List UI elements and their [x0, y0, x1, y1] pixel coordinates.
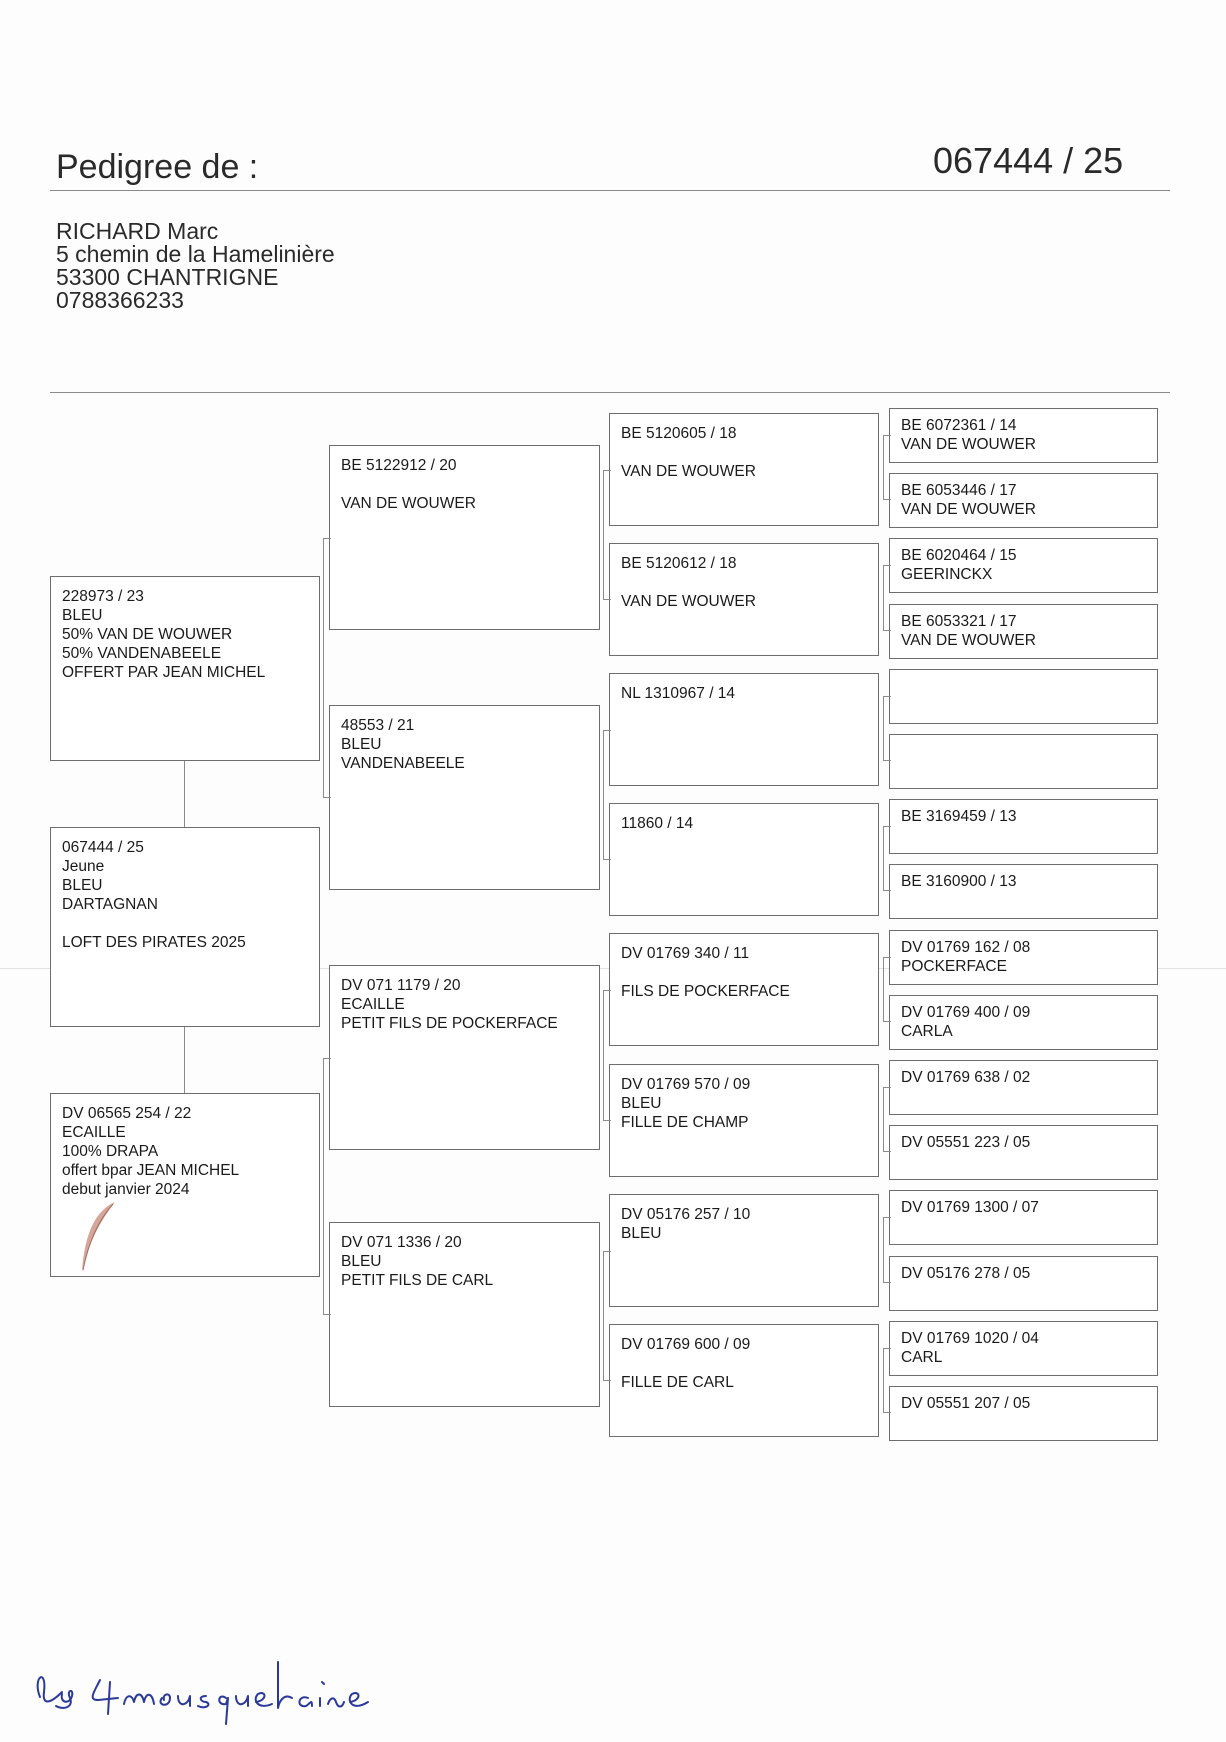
pigeon-line: PETIT FILS DE CARL: [341, 1271, 588, 1290]
great-grandparent-box: DV 01769 570 / 09BLEUFILLE DE CHAMP: [609, 1064, 879, 1177]
pigeon-line: DV 01769 162 / 08: [901, 938, 1146, 957]
pigeon-line: [621, 1354, 867, 1373]
pigeon-line: FILS DE POCKERFACE: [621, 982, 867, 1001]
connector-bracket: [603, 730, 611, 860]
pigeon-line: 48553 / 21: [341, 716, 588, 735]
connector-bracket: [883, 1348, 891, 1413]
great-great-grandparent-box: DV 01769 638 / 02: [889, 1060, 1158, 1115]
great-grandparent-box: BE 5120605 / 18VAN DE WOUWER: [609, 413, 879, 526]
connector-bracket: [883, 435, 891, 500]
pigeon-line: 50% VANDENABEELE: [62, 644, 308, 663]
great-grandparent-box: DV 01769 340 / 11FILS DE POCKERFACE: [609, 933, 879, 1046]
pigeon-line: 11860 / 14: [621, 814, 867, 833]
great-great-grandparent-box: BE 6020464 / 15GEERINCKX: [889, 538, 1158, 593]
pigeon-line: [62, 914, 308, 933]
pigeon-line: BLEU: [341, 1252, 588, 1271]
pigeon-line: PETIT FILS DE POCKERFACE: [341, 1014, 588, 1033]
pigeon-line: VAN DE WOUWER: [901, 500, 1146, 519]
pigeon-line: BLEU: [621, 1224, 867, 1243]
grandparent-box: DV 071 1179 / 20ECAILLEPETIT FILS DE POC…: [329, 965, 600, 1150]
connector-bracket: [883, 565, 891, 631]
pigeon-line: VAN DE WOUWER: [901, 631, 1146, 650]
great-grandparent-box: DV 05176 257 / 10BLEU: [609, 1194, 879, 1307]
pigeon-line: GEERINCKX: [901, 565, 1146, 584]
pigeon-line: ECAILLE: [62, 1123, 308, 1142]
pigeon-line: BE 3169459 / 13: [901, 807, 1146, 826]
grandparent-box: BE 5122912 / 20VAN DE WOUWER: [329, 445, 600, 630]
pigeon-line: DV 05176 257 / 10: [621, 1205, 867, 1224]
pigeon-line: BLEU: [621, 1094, 867, 1113]
header-divider: [50, 190, 1170, 191]
great-great-grandparent-box: BE 6053321 / 17VAN DE WOUWER: [889, 604, 1158, 659]
connector-bracket: [323, 1058, 331, 1315]
subject-box: 067444 / 25JeuneBLEUDARTAGNANLOFT DES PI…: [50, 827, 320, 1027]
owner-block: RICHARD Marc 5 chemin de la Hamelinière …: [56, 220, 335, 312]
great-great-grandparent-box: [889, 734, 1158, 789]
page-title: Pedigree de :: [56, 148, 258, 187]
great-great-grandparent-box: BE 6053446 / 17VAN DE WOUWER: [889, 473, 1158, 528]
pigeon-line: ECAILLE: [341, 995, 588, 1014]
pigeon-line: debut janvier 2024: [62, 1180, 308, 1199]
grandparent-box: DV 071 1336 / 20BLEUPETIT FILS DE CARL: [329, 1222, 600, 1407]
pigeon-line: CARLA: [901, 1022, 1146, 1041]
great-grandparent-box: DV 01769 600 / 09FILLE DE CARL: [609, 1324, 879, 1437]
pigeon-line: [621, 443, 867, 462]
connector-bracket: [883, 1217, 891, 1283]
owner-name: RICHARD Marc: [56, 220, 335, 243]
great-grandparent-box: 11860 / 14: [609, 803, 879, 916]
grandparent-box: 48553 / 21BLEUVANDENABEELE: [329, 705, 600, 890]
pigeon-line: DV 01769 638 / 02: [901, 1068, 1146, 1087]
pigeon-line: [621, 963, 867, 982]
great-great-grandparent-box: DV 01769 1020 / 04CARL: [889, 1321, 1158, 1376]
connector-bracket: [883, 957, 891, 1022]
pigeon-line: [341, 475, 588, 494]
great-great-grandparent-box: DV 05551 223 / 05: [889, 1125, 1158, 1180]
pigeon-line: DV 05551 223 / 05: [901, 1133, 1146, 1152]
pigeon-line: BE 6053321 / 17: [901, 612, 1146, 631]
pigeon-line: BE 5120605 / 18: [621, 424, 867, 443]
pigeon-line: DV 01769 1300 / 07: [901, 1198, 1146, 1217]
pigeon-line: VAN DE WOUWER: [901, 435, 1146, 454]
pigeon-line: BE 6072361 / 14: [901, 416, 1146, 435]
pigeon-line: LOFT DES PIRATES 2025: [62, 933, 308, 952]
pigeon-line: DV 01769 400 / 09: [901, 1003, 1146, 1022]
pigeon-line: BE 5120612 / 18: [621, 554, 867, 573]
great-grandparent-box: NL 1310967 / 14: [609, 673, 879, 786]
handwritten-signature: Les 4 mousquetaire: [22, 1622, 402, 1732]
great-great-grandparent-box: DV 01769 162 / 08POCKERFACE: [889, 930, 1158, 985]
owner-city: 53300 CHANTRIGNE: [56, 266, 335, 289]
pigeon-line: OFFERT PAR JEAN MICHEL: [62, 663, 308, 682]
pigeon-line: DV 01769 340 / 11: [621, 944, 867, 963]
pigeon-line: BE 3160900 / 13: [901, 872, 1146, 891]
father-box: 228973 / 23BLEU50% VAN DE WOUWER50% VAND…: [50, 576, 320, 761]
connector-bracket: [323, 538, 331, 798]
pigeon-line: DV 06565 254 / 22: [62, 1104, 308, 1123]
pigeon-line: offert bpar JEAN MICHEL: [62, 1161, 308, 1180]
great-great-grandparent-box: BE 6072361 / 14VAN DE WOUWER: [889, 408, 1158, 463]
pigeon-line: BE 6020464 / 15: [901, 546, 1146, 565]
connector-line: [184, 1027, 185, 1093]
pigeon-line: VAN DE WOUWER: [621, 592, 867, 611]
pigeon-line: BLEU: [62, 876, 308, 895]
pigeon-line: VANDENABEELE: [341, 754, 588, 773]
pigeon-line: BE 5122912 / 20: [341, 456, 588, 475]
pigeon-line: DV 05551 207 / 05: [901, 1394, 1146, 1413]
pigeon-line: BLEU: [62, 606, 308, 625]
connector-bracket: [603, 470, 611, 600]
pigeon-line: Jeune: [62, 857, 308, 876]
great-great-grandparent-box: DV 05551 207 / 05: [889, 1386, 1158, 1441]
ring-number-header: 067444 / 25: [933, 140, 1123, 182]
great-great-grandparent-box: BE 3160900 / 13: [889, 864, 1158, 919]
pigeon-line: DV 05176 278 / 05: [901, 1264, 1146, 1283]
pigeon-line: 100% DRAPA: [62, 1142, 308, 1161]
pigeon-line: DV 01769 1020 / 04: [901, 1329, 1146, 1348]
connector-bracket: [883, 1087, 891, 1152]
pigeon-line: BLEU: [341, 735, 588, 754]
owner-divider: [50, 392, 1170, 393]
pigeon-line: DV 01769 600 / 09: [621, 1335, 867, 1354]
pigeon-line: BE 6053446 / 17: [901, 481, 1146, 500]
pigeon-line: FILLE DE CARL: [621, 1373, 867, 1392]
connector-bracket: [603, 1251, 611, 1381]
pigeon-line: DARTAGNAN: [62, 895, 308, 914]
connector-bracket: [883, 696, 891, 761]
great-great-grandparent-box: DV 01769 400 / 09CARLA: [889, 995, 1158, 1050]
pigeon-line: 067444 / 25: [62, 838, 308, 857]
pigeon-line: CARL: [901, 1348, 1146, 1367]
connector-line: [184, 761, 185, 827]
great-great-grandparent-box: BE 3169459 / 13: [889, 799, 1158, 854]
owner-street: 5 chemin de la Hamelinière: [56, 243, 335, 266]
pigeon-line: DV 071 1336 / 20: [341, 1233, 588, 1252]
connector-bracket: [603, 990, 611, 1121]
owner-phone: 0788366233: [56, 289, 335, 312]
great-great-grandparent-box: DV 01769 1300 / 07: [889, 1190, 1158, 1245]
connector-bracket: [883, 826, 891, 891]
pigeon-line: NL 1310967 / 14: [621, 684, 867, 703]
pigeon-line: 50% VAN DE WOUWER: [62, 625, 308, 644]
pigeon-line: 228973 / 23: [62, 587, 308, 606]
pigeon-line: FILLE DE CHAMP: [621, 1113, 867, 1132]
great-great-grandparent-box: DV 05176 278 / 05: [889, 1256, 1158, 1311]
pigeon-line: VAN DE WOUWER: [341, 494, 588, 513]
pigeon-line: POCKERFACE: [901, 957, 1146, 976]
pigeon-line: VAN DE WOUWER: [621, 462, 867, 481]
feather-icon: [77, 1200, 117, 1275]
great-great-grandparent-box: [889, 669, 1158, 724]
pigeon-line: [621, 573, 867, 592]
pigeon-line: DV 01769 570 / 09: [621, 1075, 867, 1094]
pigeon-line: DV 071 1179 / 20: [341, 976, 588, 995]
great-grandparent-box: BE 5120612 / 18VAN DE WOUWER: [609, 543, 879, 656]
